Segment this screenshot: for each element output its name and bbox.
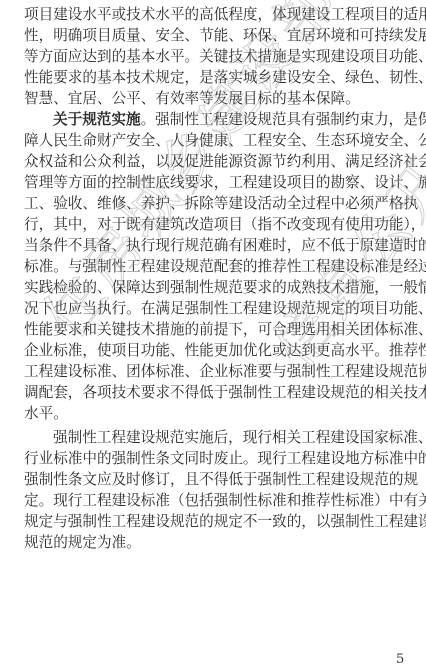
- text-line: 管理等方面的控制性底线要求，工程建设项目的勘察、设计、施: [24, 172, 413, 193]
- text-line: 规范的规定为准。: [24, 532, 413, 553]
- text-line: 当条件不具备、执行现行规范确有困难时，应不低于原建造时的: [24, 235, 413, 256]
- section-heading: 关于规范实施: [53, 111, 141, 128]
- text-line: 强制性工程建设规范实施后，现行相关工程建设国家标准、: [24, 427, 413, 448]
- text-line: 工、验收、维修、养护、拆除等建设活动全过程中必须严格执: [24, 193, 413, 214]
- text-span: 。强制性工程建设规范具有强制约束力，是保: [141, 111, 426, 128]
- text-line: 众权益和公众利益，以及促进能源资源节约利用、满足经济社会: [24, 151, 413, 172]
- text-line: 工程建设标准、团体标准、企业标准要与强制性工程建设规范协: [24, 361, 413, 382]
- text-line: 强制性条文应及时修订，且不得低于强制性工程建设规范的规: [24, 469, 413, 490]
- text-line: 实践检验的、保障达到强制性规范要求的成熟技术措施，一般情: [24, 277, 413, 298]
- text-line: 关于规范实施。强制性工程建设规范具有强制约束力，是保: [24, 109, 413, 130]
- page-number: 5: [396, 652, 404, 667]
- text-line: 水平。: [24, 403, 413, 424]
- text-line: 智慧、宜居、公平、有效率等发展目标的基本保障。: [24, 88, 413, 109]
- text-line: 行业标准中的强制性条文同时废止。现行工程建设地方标准中的: [24, 448, 413, 469]
- document-body: 项目建设水平或技术水平的高低程度，体现建设工程项目的适用 性，明确项目质量、安全…: [24, 4, 413, 553]
- paragraph-2: 关于规范实施。强制性工程建设规范具有强制约束力，是保 障人民生命财产安全、人身健…: [24, 109, 413, 424]
- text-line: 规定与强制性工程建设规范的规定不一致的，以强制性工程建设: [24, 511, 413, 532]
- text-line: 性能要求的基本技术规定，是落实城乡建设安全、绿色、韧性、: [24, 67, 413, 88]
- text-line: 况下也应当执行。在满足强制性工程建设规范规定的项目功能、: [24, 298, 413, 319]
- text-line: 障人民生命财产安全、人身健康、工程安全、生态环境安全、公: [24, 130, 413, 151]
- text-line: 调配套，各项技术要求不得低于强制性工程建设规范的相关技术: [24, 382, 413, 403]
- text-line: 定。现行工程建设标准（包括强制性标准和推荐性标准）中有关: [24, 490, 413, 511]
- text-line: 标准。与强制性工程建设规范配套的推荐性工程建设标准是经过: [24, 256, 413, 277]
- document-page: 住房城乡建设部 信息公开 项目建设水平或技术水平的高低程度，体现建设工程项目的适…: [0, 0, 426, 671]
- text-line: 性能要求和关键技术措施的前提下，可合理选用相关团体标准、: [24, 319, 413, 340]
- text-line: 等方面应达到的基本水平。关键技术措施是实现建设项目功能、: [24, 46, 413, 67]
- paragraph-1: 项目建设水平或技术水平的高低程度，体现建设工程项目的适用 性，明确项目质量、安全…: [24, 4, 413, 109]
- text-line: 项目建设水平或技术水平的高低程度，体现建设工程项目的适用: [24, 4, 413, 25]
- text-line: 性，明确项目质量、安全、节能、环保、宜居环境和可持续发展: [24, 25, 413, 46]
- text-line: 企业标准，使项目功能、性能更加优化或达到更高水平。推荐性: [24, 340, 413, 361]
- text-line: 行，其中，对于既有建筑改造项目（指不改变现有使用功能），: [24, 214, 413, 235]
- paragraph-3: 强制性工程建设规范实施后，现行相关工程建设国家标准、 行业标准中的强制性条文同时…: [24, 427, 413, 553]
